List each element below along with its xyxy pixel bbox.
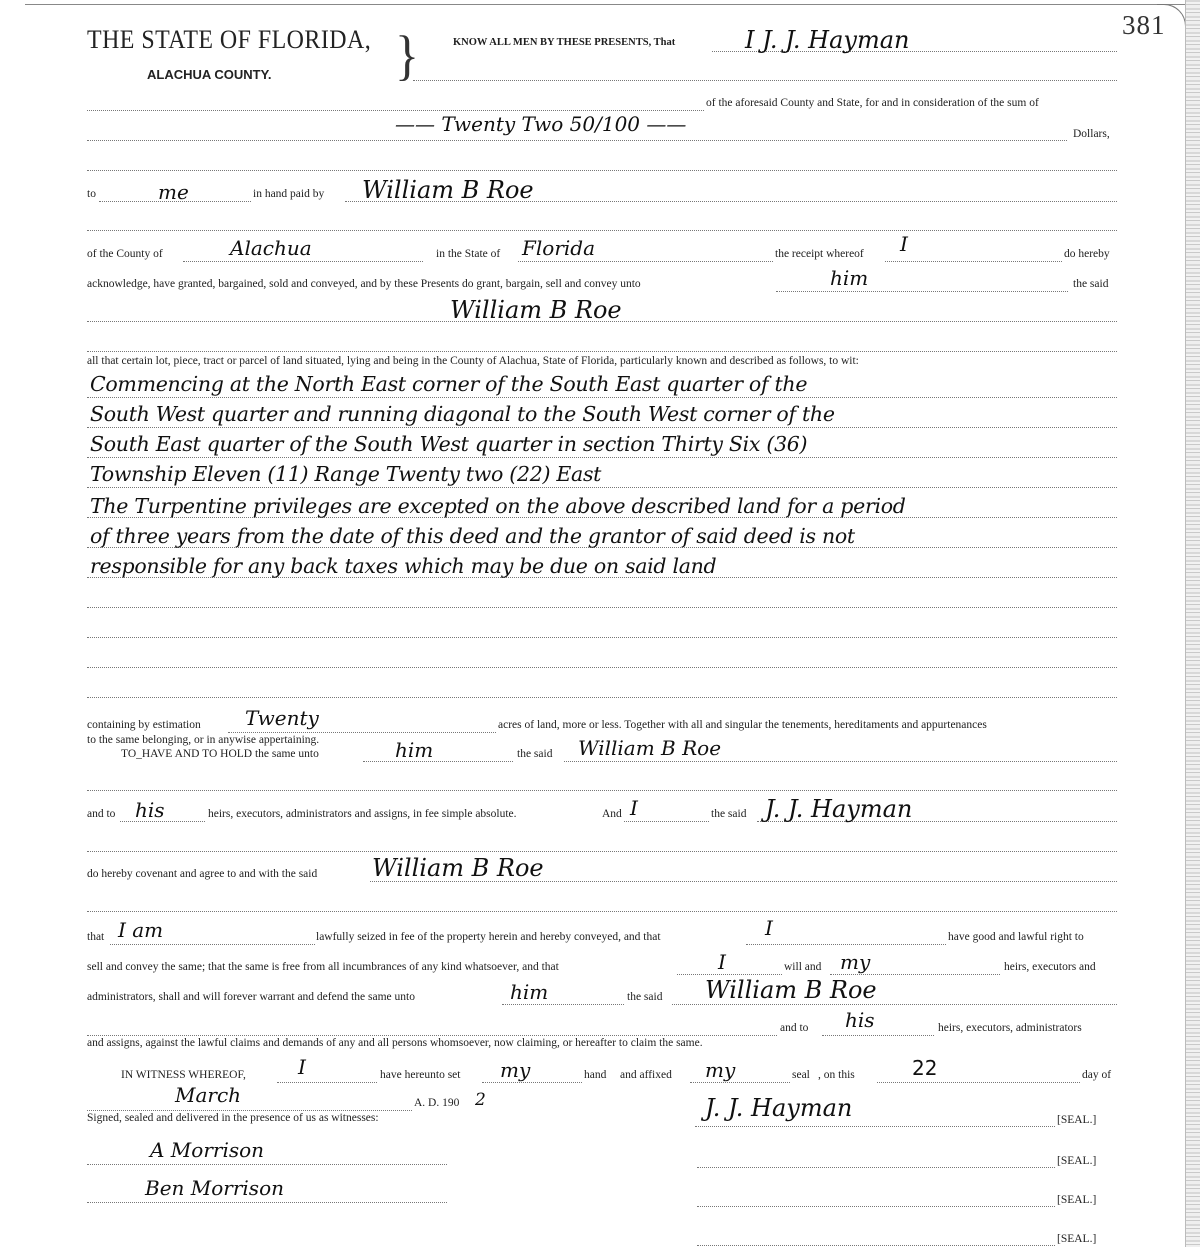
his-value: his	[135, 798, 165, 822]
i-line	[624, 821, 709, 822]
grantee-value: William B Roe	[705, 976, 877, 1004]
i-line	[746, 944, 946, 945]
desc-line	[87, 487, 1117, 488]
witness-1: A Morrison	[150, 1138, 264, 1162]
i-line	[277, 1082, 377, 1083]
blank-line	[87, 911, 1117, 912]
i-am-line	[110, 944, 315, 945]
blank-line	[87, 851, 1117, 852]
month-line	[87, 1110, 412, 1111]
desc-line	[87, 697, 1117, 698]
and-to-label: and to	[87, 808, 115, 820]
description-line-1: Commencing at the North East corner of t…	[90, 372, 807, 396]
year-digit-value: 2	[475, 1090, 486, 1110]
to-label: to	[87, 188, 96, 200]
my-line	[690, 1082, 790, 1083]
hand-label: hand	[584, 1069, 606, 1081]
day-value: 22	[912, 1056, 937, 1080]
witness-line	[87, 1202, 447, 1203]
his-value: his	[845, 1008, 875, 1032]
affixed-label: and affixed	[620, 1069, 672, 1081]
acknowledge-text: acknowledge, have granted, bargained, so…	[87, 278, 641, 290]
do-hereby-label: do hereby	[1064, 248, 1110, 260]
blank-line	[87, 351, 1117, 352]
blank-line	[87, 170, 1117, 171]
month-value: March	[175, 1083, 241, 1107]
blank-line	[87, 230, 1117, 231]
aforesaid-label: of the aforesaid County and State, for a…	[706, 97, 1039, 109]
desc-line	[87, 667, 1117, 668]
blank-line	[87, 790, 1117, 791]
desc-line	[87, 427, 1117, 428]
to-have-label: TO_HAVE AND TO HOLD the same unto	[121, 748, 319, 760]
page-edge	[1185, 0, 1200, 1247]
on-this-label: , on this	[818, 1069, 855, 1081]
grantee-value: William B Roe	[362, 176, 534, 204]
in-hand-paid-label: in hand paid by	[253, 188, 324, 200]
grantor-value: J. J. Hayman	[765, 795, 912, 823]
unto-value: him	[395, 738, 433, 762]
heirs-text: heirs, executors and	[1004, 961, 1096, 973]
receipt-line	[885, 261, 1062, 262]
land-intro-text: all that certain lot, piece, tract or pa…	[87, 355, 859, 367]
hereunto-label: have hereunto set	[380, 1069, 460, 1081]
day-line	[877, 1082, 1080, 1083]
my-line	[482, 1082, 582, 1083]
in-state-label: in the State of	[436, 248, 500, 260]
page-top-border	[25, 4, 1190, 5]
county-line	[183, 261, 423, 262]
seal-label: seal	[792, 1069, 810, 1081]
county-value: Alachua	[230, 236, 312, 260]
description-line-3: South East quarter of the South West qua…	[90, 432, 807, 456]
have-good-text: have good and lawful right to	[948, 931, 1084, 943]
description-line-2: South West quarter and running diagonal …	[90, 402, 835, 426]
unto-line	[363, 761, 513, 762]
grantee-line	[564, 761, 1117, 762]
the-said-label: the said	[1073, 278, 1108, 290]
i-value: I	[718, 950, 726, 974]
in-witness-label: IN WITNESS WHEREOF,	[121, 1069, 246, 1081]
belonging-text: to the same belonging, or in anywise app…	[87, 734, 319, 746]
incumbrances-text: sell and convey the same; that the same …	[87, 961, 559, 973]
will-and-label: will and	[784, 961, 821, 973]
blank-line	[87, 110, 704, 111]
signature-line	[697, 1206, 1055, 1207]
amount-line	[87, 140, 1067, 141]
signature-line	[697, 1245, 1055, 1246]
the-said-label: the said	[517, 748, 552, 760]
description-line-6: of three years from the date of this dee…	[90, 524, 855, 548]
blank-line	[87, 1035, 777, 1036]
desc-line	[87, 457, 1117, 458]
to-value: me	[158, 180, 189, 204]
the-said-label: the said	[627, 991, 662, 1003]
my-value: my	[500, 1058, 530, 1082]
grantee-value: William B Roe	[450, 296, 622, 324]
signature-line	[697, 1167, 1055, 1168]
seal-mark: [SEAL.]	[1057, 1194, 1096, 1206]
acres-value: Twenty	[245, 706, 319, 730]
acres-line	[228, 732, 496, 733]
description-line-7: responsible for any back taxes which may…	[90, 554, 716, 578]
unto-line	[502, 1004, 624, 1005]
acres-text: acres of land, more or less. Together wi…	[498, 719, 987, 731]
i-value: I	[630, 796, 638, 820]
signature-line	[695, 1126, 1055, 1127]
know-all-label: KNOW ALL MEN BY THESE PRESENTS, That	[453, 37, 675, 48]
county-of-label: of the County of	[87, 248, 163, 260]
grantee-line	[672, 1004, 1117, 1005]
day-of-label: day of	[1082, 1069, 1111, 1081]
seal-mark: [SEAL.]	[1057, 1155, 1096, 1167]
containing-label: containing by estimation	[87, 719, 201, 731]
amount-value: —— Twenty Two 50/100 ——	[395, 112, 686, 136]
i-value: I	[298, 1055, 306, 1079]
unto-line	[776, 291, 1068, 292]
claims-text: and assigns, against the lawful claims a…	[87, 1037, 703, 1049]
covenant-text: do hereby covenant and agree to and with…	[87, 868, 317, 880]
state-line	[518, 261, 773, 262]
and-label: And	[602, 808, 622, 820]
and-to-label: and to	[780, 1022, 808, 1034]
grantor-signature: I J. J. Hayman	[745, 26, 909, 54]
grantee-value: William B Roe	[372, 854, 544, 882]
warrant-text: administrators, shall and will forever w…	[87, 991, 415, 1003]
i-line	[677, 974, 782, 975]
my-line	[830, 974, 1000, 975]
his-line	[822, 1035, 934, 1036]
desc-line	[87, 637, 1117, 638]
description-line-4: Township Eleven (11) Range Twenty two (2…	[90, 462, 601, 486]
receipt-label: the receipt whereof	[775, 248, 864, 260]
i-am-value: I am	[118, 918, 163, 942]
page-number: 381	[1122, 10, 1166, 41]
heirs-text: heirs, executors, administrators and ass…	[208, 808, 517, 820]
dollars-label: Dollars,	[1073, 128, 1110, 140]
unto-value: him	[510, 980, 548, 1004]
heirs-text: heirs, executors, administrators	[938, 1022, 1082, 1034]
witness-line	[87, 1164, 447, 1165]
state-heading: THE STATE OF FLORIDA,	[87, 25, 371, 55]
grantee-value: William B Roe	[578, 736, 721, 760]
i-value: I	[765, 916, 773, 940]
grantor-signature: J. J. Hayman	[705, 1094, 852, 1122]
state-value: Florida	[522, 236, 595, 260]
description-line-5: The Turpentine privileges are excepted o…	[90, 494, 906, 518]
my-value-2: my	[705, 1058, 735, 1082]
witness-2: Ben Morrison	[145, 1176, 284, 1200]
seal-mark: [SEAL.]	[1057, 1114, 1096, 1126]
desc-line	[87, 397, 1117, 398]
signed-text: Signed, sealed and delivered in the pres…	[87, 1112, 379, 1124]
lawfully-text: lawfully seized in fee of the property h…	[316, 931, 661, 943]
deed-page: 381 THE STATE OF FLORIDA, ALACHUA COUNTY…	[0, 0, 1200, 1247]
unto-value: him	[830, 266, 868, 290]
blank-line	[413, 80, 1117, 81]
that-label: that	[87, 931, 104, 943]
desc-line	[87, 607, 1117, 608]
receipt-value: I	[900, 232, 908, 256]
ad-label: A. D. 190	[414, 1097, 459, 1109]
seal-mark: [SEAL.]	[1057, 1233, 1096, 1245]
the-said-label: the said	[711, 808, 746, 820]
brace-glyph: }	[395, 23, 419, 87]
my-value: my	[840, 950, 870, 974]
county-heading: ALACHUA COUNTY.	[147, 67, 271, 82]
